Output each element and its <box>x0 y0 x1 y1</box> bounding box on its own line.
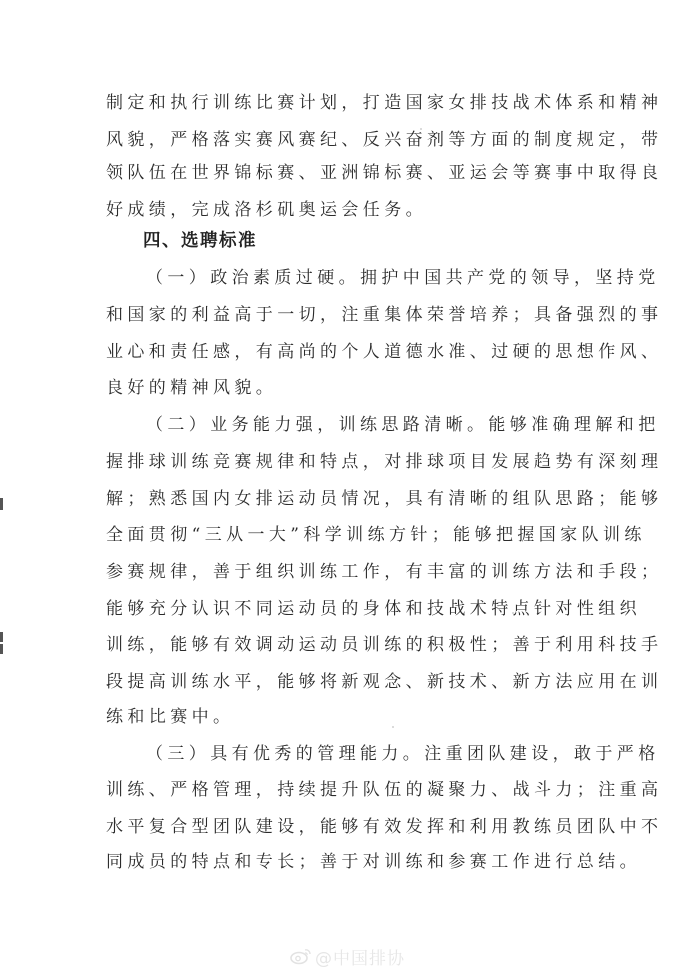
text-line: 水平复合型团队建设，能够有效发挥和利用教练员团队中不 <box>106 815 662 839</box>
text-line: 制定和执行训练比赛计划，打造国家女排技战术体系和精神 <box>106 91 662 115</box>
document-page: 制定和执行训练比赛计划，打造国家女排技战术体系和精神 风貌，严格落实赛风赛纪、反… <box>0 0 690 974</box>
scan-speck <box>392 726 394 728</box>
text-line: 好成绩，完成洛杉矶奥运会任务。 <box>106 198 427 222</box>
section-heading: 四、选聘标准 <box>143 229 257 253</box>
scan-edge-mark <box>0 644 3 654</box>
text-line: 训练、严格管理，持续提升队伍的凝聚力、战斗力；注重高 <box>106 778 662 802</box>
text-line: 解；熟悉国内女排运动员情况，具有清晰的组队思路；能够 <box>106 487 662 511</box>
weibo-logo-icon <box>290 947 312 965</box>
text-line: 握排球训练竞赛规律和特点，对排球项目发展趋势有深刻理 <box>106 450 662 474</box>
weibo-watermark: @中国排协 <box>290 945 405 967</box>
text-line: （二）业务能力强，训练思路清晰。能够准确理解和把 <box>146 413 660 437</box>
scan-edge-mark <box>0 498 3 510</box>
text-line: 和国家的利益高于一切，注重集体荣誉培养；具备强烈的事 <box>106 303 662 327</box>
text-line: 业心和责任感，有高尚的个人道德水准、过硬的思想作风、 <box>106 340 662 364</box>
scan-edge-mark <box>0 632 3 642</box>
text-line: 全面贯彻“三从一大”科学训练方针；能够把握国家队训练 <box>106 523 646 547</box>
text-line: 领队伍在世界锦标赛、亚洲锦标赛、亚运会等赛事中取得良 <box>106 161 662 185</box>
text-line: 参赛规律，善于组织训练工作，有丰富的训练方法和手段； <box>106 560 662 584</box>
text-line: 能够充分认识不同运动员的身体和技战术特点针对性组织 <box>106 597 641 621</box>
text-line: 同成员的特点和专长；善于对训练和参赛工作进行总结。 <box>106 850 641 874</box>
text-line: 良好的精神风貌。 <box>106 376 277 400</box>
text-line: （三）具有优秀的管理能力。注重团队建设，敢于严格 <box>146 742 660 766</box>
text-line: 段提高训练水平，能够将新观念、新技术、新方法应用在训 <box>106 670 662 694</box>
watermark-text: @中国排协 <box>315 944 405 969</box>
text-line: 练和比赛中。 <box>106 705 234 729</box>
text-line: 风貌，严格落实赛风赛纪、反兴奋剂等方面的制度规定，带 <box>106 128 662 152</box>
text-line: （一）政治素质过硬。拥护中国共产党的领导，坚持党 <box>146 266 660 290</box>
text-line: 训练，能够有效调动运动员训练的积极性；善于利用科技手 <box>106 633 662 657</box>
